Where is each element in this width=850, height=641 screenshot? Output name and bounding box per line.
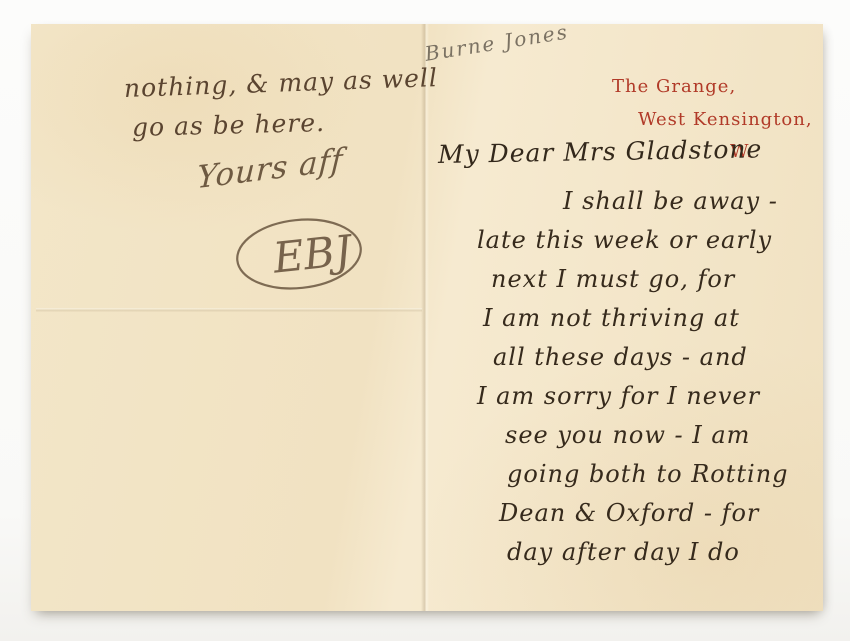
handwritten-line: I shall be away -: [451, 182, 789, 221]
handwritten-line: go as be here.: [132, 108, 326, 142]
handwritten-line: going both to Rotting: [451, 455, 789, 494]
ebj-monogram: EBJ: [229, 204, 379, 319]
handwritten-line: I am not thriving at: [451, 299, 789, 338]
letterhead-address-line: The Grange,: [612, 76, 736, 97]
monogram-initials: EBJ: [270, 225, 356, 282]
handwritten-line: late this week or early: [451, 221, 789, 260]
handwritten-line: Dean & Oxford - for: [451, 494, 789, 533]
handwritten-line: see you now - I am: [451, 416, 789, 455]
handwritten-line: day after day I do: [451, 533, 789, 572]
letter-paper: nothing, & may as well go as be here. Yo…: [31, 24, 823, 611]
closing-valediction: Yours aff: [196, 142, 344, 196]
center-fold-line: [421, 24, 429, 611]
letterhead-address-line: West Kensington,: [638, 109, 813, 130]
handwritten-line: next I must go, for: [451, 260, 789, 299]
handwritten-line: all these days - and: [451, 338, 789, 377]
letter-body: I shall be away - late this week or earl…: [451, 182, 789, 572]
handwritten-line: nothing, & may as well: [123, 63, 438, 103]
handwritten-line: I am sorry for I never: [451, 377, 789, 416]
salutation: My Dear Mrs Gladstone: [438, 134, 763, 169]
pencil-annotation: Burne Jones: [423, 19, 570, 65]
